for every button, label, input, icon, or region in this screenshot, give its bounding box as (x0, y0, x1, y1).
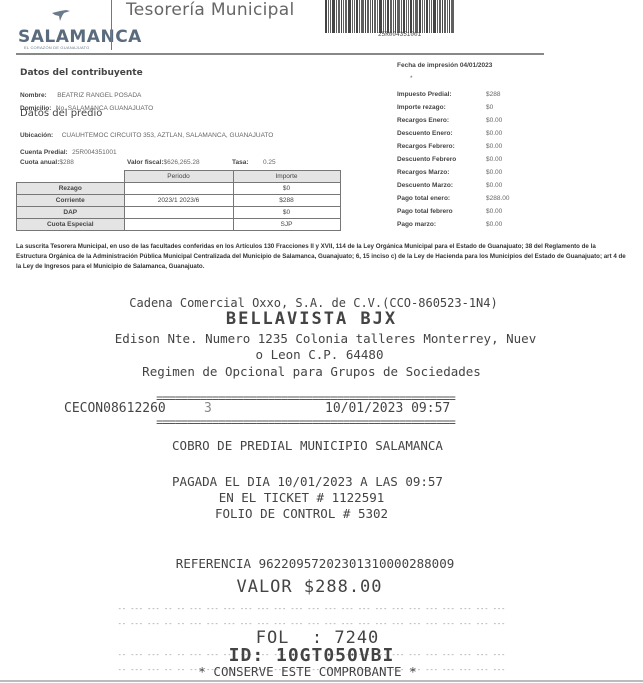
summary-value: $0.00 (486, 143, 502, 150)
summary-value: $0.00 (486, 156, 502, 163)
predio-heading: Datos del predio (20, 108, 102, 119)
summary-label: Descuento Marzo: (397, 182, 453, 189)
summary-label: Descuento Febrero (397, 156, 456, 163)
ticket-footer: * CONSERVE ESTE COMPROBANTE * (0, 664, 629, 679)
summary-value: $0.00 (486, 169, 502, 176)
ticket-referencia: REFERENCIA 96220957202301310000288009 (0, 541, 629, 571)
ubicacion-value: CUAUHTEMOC CIRCUITO 353, AZTLAN, SALAMAN… (62, 132, 274, 139)
table-row: Cuota Especial SJP (17, 219, 341, 231)
ticket-paid-line: PAGADA EL DIA 10/01/2023 A LAS 09:57 (0, 474, 629, 489)
summary-label: Pago marzo: (397, 221, 436, 228)
ticket-id: ID: 10GT050VBI (0, 645, 633, 666)
summary-value: $0.00 (486, 117, 502, 124)
cuota-value: $288 (59, 159, 73, 166)
cuenta-value: 25R004351001 (72, 149, 116, 156)
summary-label: Importe rezago: (397, 104, 446, 111)
contribuyente-heading: Datos del contribuyente (20, 68, 143, 78)
header-divider (111, 0, 112, 50)
summary-value: $0.00 (486, 182, 502, 189)
summary-label: Recargos Febrero: (397, 143, 455, 150)
ticket-store-code: CECON08612260 (64, 401, 166, 416)
page-title: Tesorería Municipal (126, 0, 294, 20)
ticket-regimen: Regimen de Opcional para Grupos de Socie… (0, 364, 633, 379)
ticket-store: BELLAVISTA BJX (0, 309, 633, 329)
logo-subtitle: EL CORAZÓN DE GUANAJUATO (24, 45, 89, 50)
ubicacion-row: Ubicación: CUAUHTEMOC CIRCUITO 353, AZTL… (20, 124, 273, 142)
summary-value: $0.00 (486, 208, 502, 215)
ticket-address-2: o Leon C.P. 64480 (0, 347, 641, 362)
asterisk-mark: * (410, 75, 413, 82)
barcode-number: 25R004351001 (378, 31, 421, 38)
summary-label: Impuesto Predial: (397, 91, 452, 98)
ticket-register: 3 (204, 401, 212, 416)
summary-label: Recargos Enero: (397, 117, 449, 124)
ticket-folio-line: FOLIO DE CONTROL # 5302 (0, 506, 623, 521)
ticket-datetime: 10/01/2023 09:57 (325, 401, 450, 416)
ticket-address-1: Edison Nte. Numero 1235 Colonia talleres… (4, 331, 643, 346)
header-rule (16, 53, 544, 55)
summary-label: Recargos Marzo: (397, 169, 449, 176)
cuota-row: Cuota anual:$288 (20, 151, 74, 169)
print-date: Fecha de impresión 04/01/2023 (397, 62, 492, 69)
valor-fiscal-row: Valor fiscal:$626,265.28 (127, 151, 200, 169)
bottom-rule (0, 680, 643, 682)
tasa-row: Tasa: 0.25 (232, 151, 276, 169)
table-row: DAP $0 (17, 207, 341, 219)
summary-value: $0 (486, 104, 493, 111)
summary-label: Pago total enero: (397, 195, 450, 202)
ticket-company: Cadena Comercial Oxxo, S.A. de C.V.(CCO-… (0, 296, 635, 310)
valor-fiscal-value: $626,265.28 (164, 159, 200, 166)
summary-value: $288 (486, 91, 500, 98)
table-row: Rezago $0 (17, 183, 341, 195)
barcode (325, 0, 475, 33)
legal-text: La suscrita Tesorera Municipal, en uso d… (16, 242, 628, 272)
tasa-value: 0.25 (263, 159, 276, 166)
summary-value: $0.00 (486, 221, 502, 228)
periodo-table: Periodo Importe Rezago $0 Corriente 2023… (16, 170, 341, 231)
table-row: Corriente 2023/1 2023/6 $288 (17, 195, 341, 207)
logo-text: SALAMANCA (18, 27, 142, 47)
summary-value: $288.00 (486, 195, 510, 202)
summary-label: Pago total febrero (397, 208, 453, 215)
ticket-number-line: EN EL TICKET # 1122591 (0, 490, 623, 505)
ticket-concept: COBRO DE PREDIAL MUNICIPIO SALAMANCA (0, 438, 629, 453)
summary-label: Descuento Enero: (397, 130, 453, 137)
summary-value: $0.00 (486, 130, 502, 137)
table-header: Periodo Importe (17, 171, 341, 183)
salamanca-logo-icon (52, 10, 70, 22)
ticket-valor: VALOR $288.00 (0, 577, 631, 597)
